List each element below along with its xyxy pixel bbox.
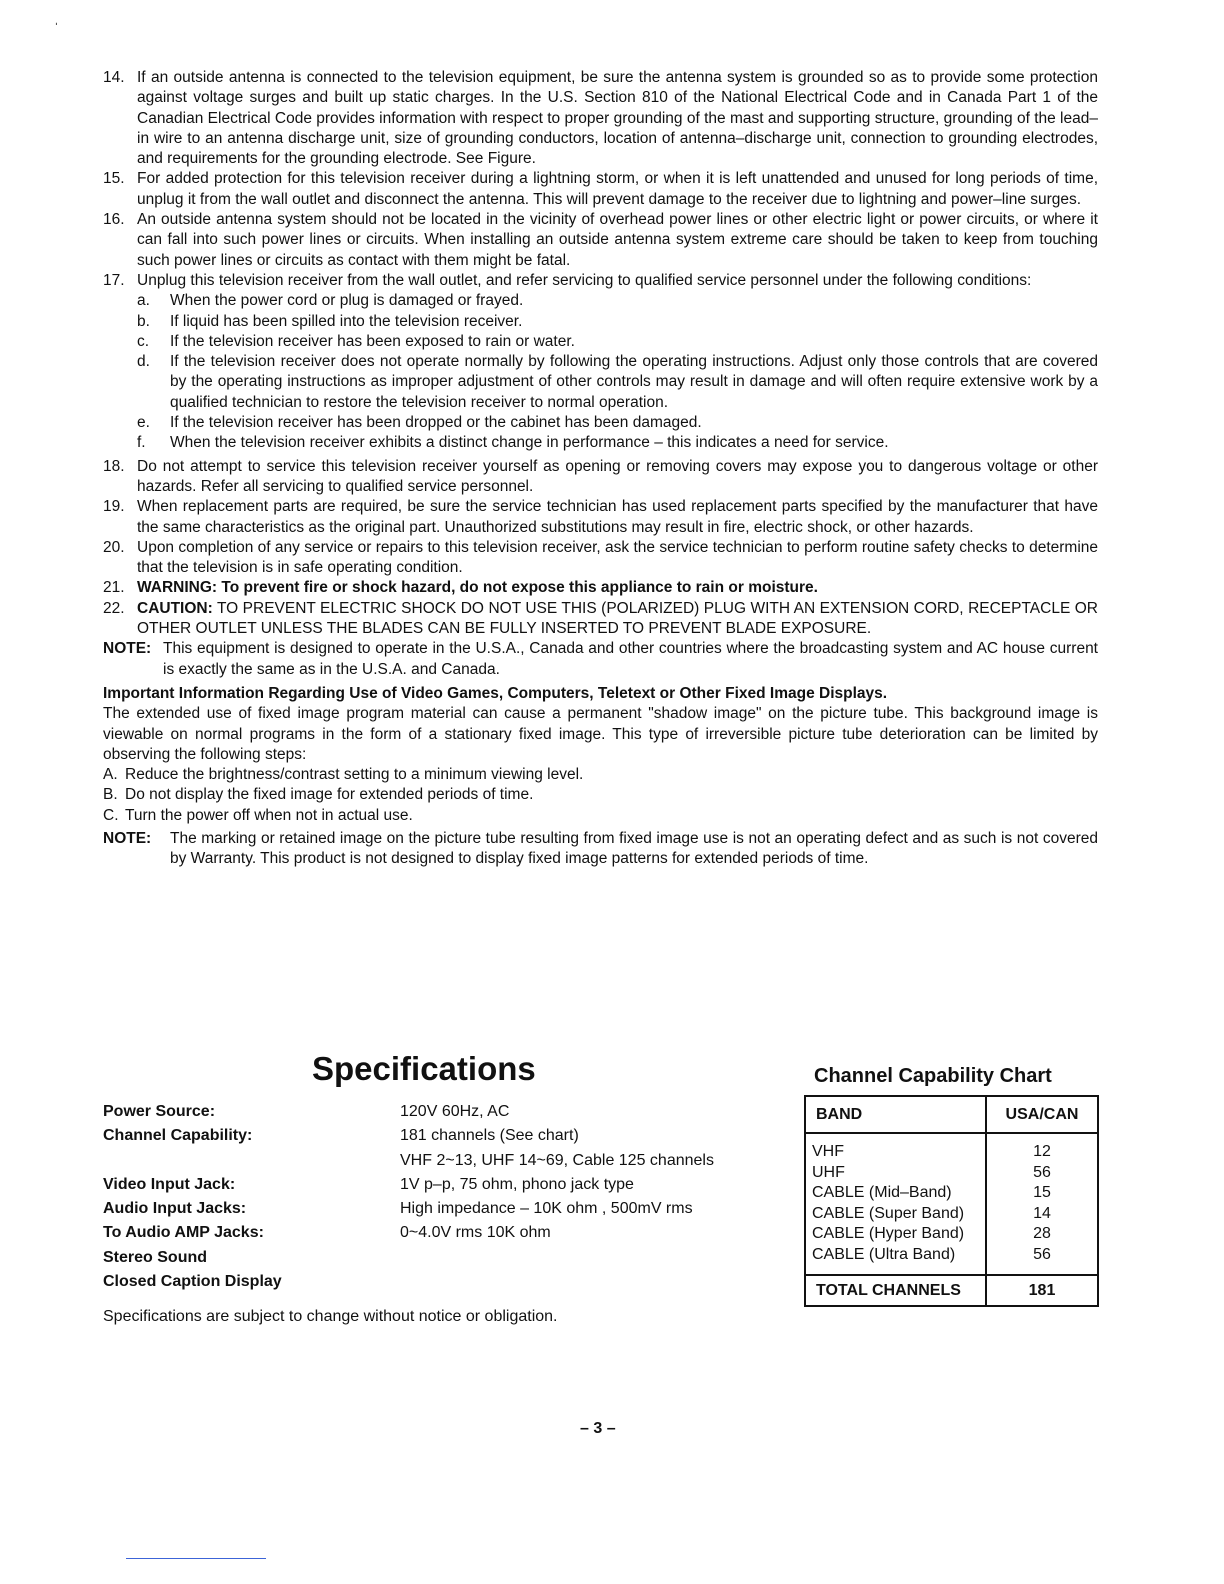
caution-text: TO PREVENT ELECTRIC SHOCK DO NOT USE THI… — [137, 600, 1098, 637]
spec-row: To Audio AMP Jacks:0~4.0V rms 10K ohm — [103, 1221, 714, 1245]
step-item: B.Do not display the fixed image for ext… — [103, 785, 1098, 805]
count-cell: 28 — [987, 1224, 1097, 1245]
spec-row: Closed Caption Display — [103, 1270, 714, 1294]
warning-text: WARNING: To prevent fire or shock hazard… — [137, 579, 818, 596]
specifications-title: Specifications — [312, 1050, 536, 1088]
safety-instructions: 14.If an outside antenna is connected to… — [103, 68, 1098, 870]
band-cell: CABLE (Ultra Band) — [812, 1245, 985, 1266]
page-mark: ˈ — [54, 20, 59, 36]
band-cell: CABLE (Super Band) — [812, 1204, 985, 1225]
step-item: A.Reduce the brightness/contrast setting… — [103, 765, 1098, 785]
spec-row: Channel Capability:181 channels (See cha… — [103, 1124, 714, 1148]
band-cell: VHF — [812, 1142, 985, 1163]
sub-item: d.If the television receiver does not op… — [103, 352, 1098, 413]
item-21: 21. WARNING: To prevent fire or shock ha… — [103, 578, 1098, 598]
sub-item: a.When the power cord or plug is damaged… — [103, 291, 1098, 311]
footer-rule — [126, 1558, 266, 1559]
sub-item: c.If the television receiver has been ex… — [103, 332, 1098, 352]
band-cell: CABLE (Mid–Band) — [812, 1183, 985, 1204]
specifications-list: Power Source:120V 60Hz, ACChannel Capabi… — [103, 1100, 714, 1294]
sub-item: f.When the television receiver exhibits … — [103, 433, 1098, 453]
spec-row: VHF 2~13, UHF 14~69, Cable 125 channels — [103, 1149, 714, 1173]
table-header: BAND USA/CAN — [806, 1097, 1097, 1134]
channel-chart-title: Channel Capability Chart — [814, 1065, 1052, 1088]
count-cell: 12 — [987, 1142, 1097, 1163]
list-item: 16.An outside antenna system should not … — [103, 210, 1098, 271]
list-item: 19.When replacement parts are required, … — [103, 497, 1098, 538]
table-total-row: TOTAL CHANNELS 181 — [806, 1276, 1097, 1305]
note-fixed-image: NOTE: The marking or retained image on t… — [103, 829, 1098, 870]
band-cell: CABLE (Hyper Band) — [812, 1224, 985, 1245]
important-paragraph: The extended use of fixed image program … — [103, 704, 1098, 765]
count-cell: 56 — [987, 1163, 1097, 1184]
list-item: 15.For added protection for this televis… — [103, 169, 1098, 210]
count-cell: 56 — [987, 1245, 1097, 1266]
spec-row: Audio Input Jacks:High impedance – 10K o… — [103, 1197, 714, 1221]
list-item: 14.If an outside antenna is connected to… — [103, 68, 1098, 169]
important-heading: Important Information Regarding Use of V… — [103, 684, 1098, 704]
count-cell: 15 — [987, 1183, 1097, 1204]
list-item: 18.Do not attempt to service this televi… — [103, 457, 1098, 498]
note-broadcast: NOTE: This equipment is designed to oper… — [103, 639, 1098, 680]
spec-row: Stereo Sound — [103, 1246, 714, 1270]
band-cell: UHF — [812, 1163, 985, 1184]
spec-row: Video Input Jack:1V p–p, 75 ohm, phono j… — [103, 1173, 714, 1197]
item-22: 22. CAUTION: TO PREVENT ELECTRIC SHOCK D… — [103, 599, 1098, 640]
specifications-footnote: Specifications are subject to change wit… — [103, 1308, 558, 1326]
sub-item: b.If liquid has been spilled into the te… — [103, 312, 1098, 332]
list-item: 20.Upon completion of any service or rep… — [103, 538, 1098, 579]
spec-row: Power Source:120V 60Hz, AC — [103, 1100, 714, 1124]
table-body: VHFUHFCABLE (Mid–Band)CABLE (Super Band)… — [806, 1134, 1097, 1276]
step-item: C.Turn the power off when not in actual … — [103, 806, 1098, 826]
sub-item: e.If the television receiver has been dr… — [103, 413, 1098, 433]
channel-capability-table: BAND USA/CAN VHFUHFCABLE (Mid–Band)CABLE… — [804, 1095, 1099, 1307]
caution-label: CAUTION: — [137, 600, 213, 617]
count-cell: 14 — [987, 1204, 1097, 1225]
page-number: – 3 – — [580, 1420, 616, 1438]
list-item: 17.Unplug this television receiver from … — [103, 271, 1098, 291]
